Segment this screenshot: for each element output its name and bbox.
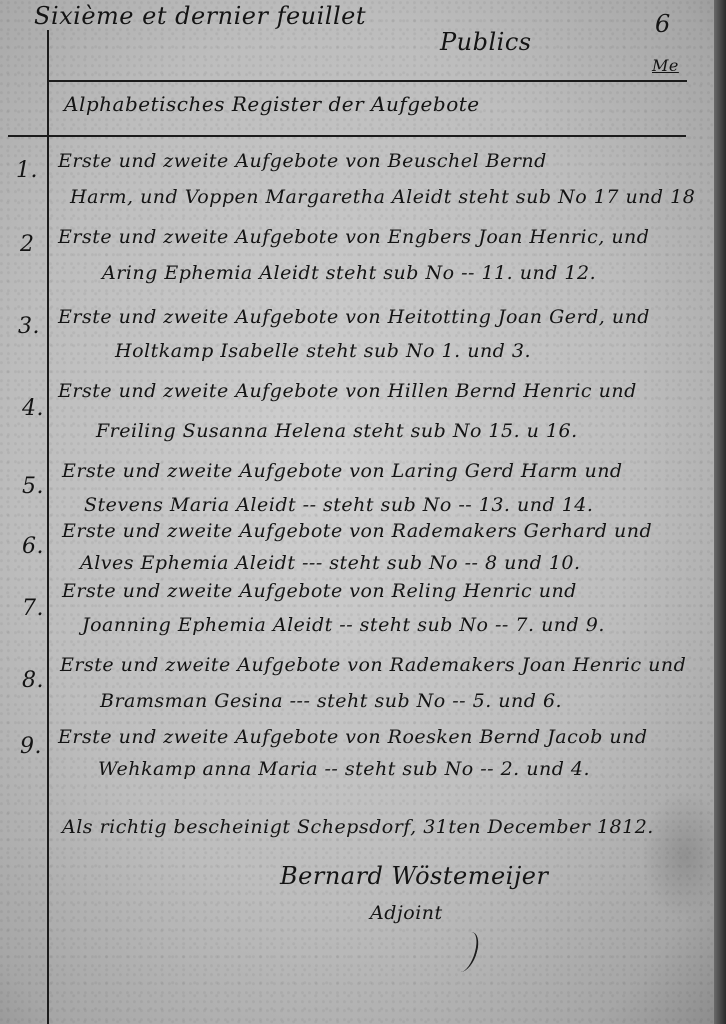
entry-line: Erste und zweite Aufgebote von Beuschel … (58, 150, 547, 172)
entry-line: Aring Ephemia Aleidt steht sub No -- 11.… (102, 262, 596, 284)
entry-line: Erste und zweite Aufgebote von Heitottin… (58, 306, 650, 328)
entry-number: 6. (22, 534, 44, 559)
entry-number: 2 (20, 232, 35, 257)
entry-number: 7. (22, 596, 44, 621)
entry-line: Bramsman Gesina --- steht sub No -- 5. u… (100, 690, 562, 712)
page-number: 6 (655, 10, 671, 38)
page-edge (714, 0, 726, 1024)
section-label: Publics (440, 28, 532, 56)
subtitle-rule (8, 135, 686, 137)
entry-line: Erste und zweite Aufgebote von Reling He… (62, 580, 577, 602)
page-title: Sixième et dernier feuillet (34, 2, 366, 30)
entry-number: 8. (22, 668, 44, 693)
certification-text: Als richtig bescheinigt Schepsdorf, 31te… (62, 816, 654, 838)
page-abbrev: Me (652, 56, 679, 75)
entry-line: Erste und zweite Aufgebote von Laring Ge… (62, 460, 623, 482)
header-rule (47, 80, 687, 82)
signature-title: Adjoint (370, 902, 443, 924)
register-page: Sixième et dernier feuillet Publics 6 Me… (0, 0, 726, 1024)
entry-line: Erste und zweite Aufgebote von Hillen Be… (58, 380, 637, 402)
entry-line: Joanning Ephemia Aleidt -- steht sub No … (82, 614, 605, 636)
entry-line: Erste und zweite Aufgebote von Rademaker… (62, 520, 652, 542)
entry-line: Erste und zweite Aufgebote von Roesken B… (58, 726, 648, 748)
entry-line: Holtkamp Isabelle steht sub No 1. und 3. (115, 340, 531, 362)
entry-line: Stevens Maria Aleidt -- steht sub No -- … (84, 494, 593, 516)
entry-number: 1. (16, 158, 38, 183)
entry-number: 9. (20, 734, 42, 759)
entry-line: Freiling Susanna Helena steht sub No 15.… (96, 420, 578, 442)
entry-number: 4. (22, 396, 44, 421)
entry-line: Harm, und Voppen Margaretha Aleidt steht… (70, 186, 695, 208)
entry-number: 5. (22, 474, 44, 499)
entry-line: Erste und zweite Aufgebote von Rademaker… (60, 654, 686, 676)
entry-number: 3. (18, 314, 40, 339)
entry-line: Alves Ephemia Aleidt --- steht sub No --… (80, 552, 581, 574)
margin-rule (47, 30, 49, 1024)
register-subtitle: Alphabetisches Register der Aufgebote (64, 92, 480, 116)
entry-line: Erste und zweite Aufgebote von Engbers J… (58, 226, 649, 248)
entry-line: Wehkamp anna Maria -- steht sub No -- 2.… (98, 758, 590, 780)
signature-flourish (450, 932, 483, 972)
signature-name: Bernard Wöstemeijer (280, 862, 548, 890)
